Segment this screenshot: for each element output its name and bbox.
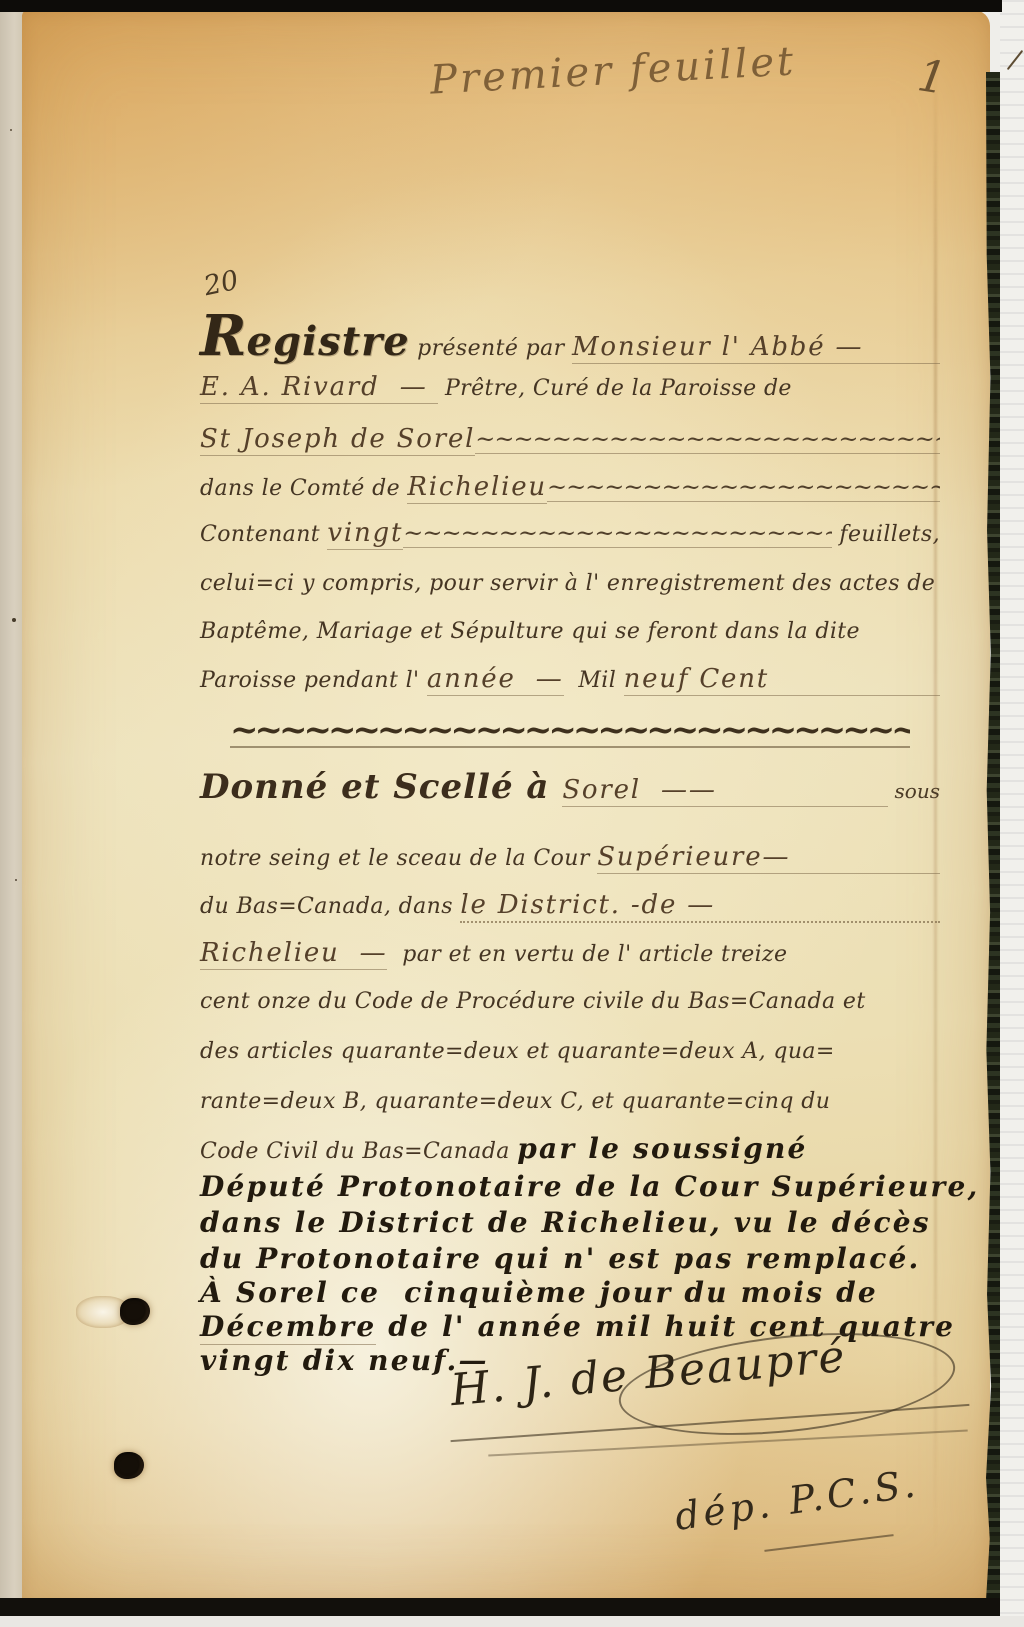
handwritten-text: Député Protonotaire de la Cour Supérieur… [200, 1170, 979, 1204]
printed-text: notre seing et le sceau de la Cour [200, 845, 597, 873]
header-note: Premier feuillet [429, 38, 797, 103]
form-line: Baptême, Mariage et Sépulture qui se fer… [200, 618, 940, 646]
punch-hole [120, 1298, 150, 1325]
handwritten-text: cinquième jour du mois de [380, 1276, 878, 1310]
form-line: Contenant vingt feuillets, [200, 518, 940, 550]
ink-flourish [547, 472, 940, 502]
form-line: Donné et Scellé à Sorel —— sous [200, 770, 940, 807]
scan-border-top [0, 0, 1002, 12]
printed-text: Donné et Scellé à [200, 770, 562, 804]
form-line: celui=ci y compris, pour servir à l' enr… [200, 570, 940, 598]
printed-text: rante=deux B, quarante=deux C, et quaran… [200, 1088, 830, 1116]
handwritten-text: année — [427, 664, 564, 696]
form-line: Paroisse pendant l' année — Mil neuf Cen… [200, 664, 940, 696]
form-line: dans le Comté de Richelieu [200, 472, 940, 504]
printed-text: des articles quarante=deux et quarante=d… [200, 1038, 835, 1066]
register-page: Premier feuillet 1 20 Registre présenté … [22, 10, 990, 1606]
form-line: E. A. Rivard — Prêtre, Curé de la Parois… [200, 372, 940, 404]
form-line: St Joseph de Sorel [200, 424, 940, 456]
handwritten-text: Richelieu — [200, 938, 387, 970]
printed-text: Prêtre, Curé de la Paroisse de [438, 375, 792, 403]
printed-text: présenté par [410, 335, 572, 363]
form-line: Député Protonotaire de la Cour Supérieur… [200, 1170, 940, 1204]
printed-text: du Bas=Canada, dans [200, 893, 460, 921]
handwritten-text: neuf Cent [624, 664, 940, 696]
form-line: rante=deux B, quarante=deux C, et quaran… [200, 1088, 940, 1116]
handwritten-text: dans le District de Richelieu, vu le déc… [200, 1206, 931, 1240]
handwritten-text: Sorel —— [562, 775, 888, 807]
handwritten-text: St Joseph de Sorel [200, 424, 475, 456]
handwritten-text: Supérieure— [597, 842, 940, 874]
printed-text: Code Civil du Bas=Canada [200, 1138, 517, 1166]
handwritten-text: le District. -de — [460, 890, 940, 923]
printed-text: sous [888, 779, 940, 803]
handwritten-text: E. A. Rivard — [200, 372, 438, 404]
printed-text: cent onze du Code de Procédure civile du… [200, 988, 866, 1016]
printed-text: Paroisse pendant l' [200, 667, 427, 695]
form-line: du Protonotaire qui n' est pas remplacé. [200, 1242, 940, 1276]
form-line: dans le District de Richelieu, vu le déc… [200, 1206, 940, 1240]
handwritten-text: Monsieur l' Abbé — [572, 332, 940, 364]
handwritten-text: du Protonotaire qui n' est pas remplacé. [200, 1242, 921, 1276]
printed-text: Baptême, Mariage et Sépulture qui se fer… [200, 618, 860, 646]
form-line: cent onze du Code de Procédure civile du… [200, 988, 940, 1016]
printed-text: Mil [564, 667, 624, 695]
scanner-background [1000, 0, 1024, 1627]
handwritten-text: vingt dix neuf.— [200, 1344, 489, 1378]
form-line: Registre présenté par Monsieur l' Abbé — [200, 308, 940, 364]
form-line: Code Civil du Bas=Canada par le soussign… [200, 1132, 940, 1166]
form-title: Registre [200, 308, 410, 364]
form-line: À Sorel ce cinquième jour du mois de [200, 1276, 940, 1310]
scan-margin-bottom [0, 1616, 1024, 1627]
handwritten-text: À Sorel ce [200, 1276, 380, 1310]
handwritten-text: par le soussigné [517, 1132, 807, 1166]
printed-text: Contenant [200, 521, 327, 549]
printed-text: dans le Comté de [200, 475, 407, 503]
corner-count-note: 20 [201, 265, 241, 302]
printed-text: par et en vertu de l' article treize [387, 941, 787, 969]
handwritten-text: Richelieu [407, 472, 547, 504]
punch-hole [114, 1452, 144, 1479]
form-line: Richelieu — par et en vertu de l' articl… [200, 938, 940, 970]
handwritten-text: Décembre [200, 1310, 376, 1345]
page-number: 1 [914, 50, 950, 105]
scanned-register-page: Premier feuillet 1 20 Registre présenté … [0, 0, 1024, 1627]
signature-title: dép. P.C.S. [672, 1461, 922, 1539]
handwritten-text: vingt [327, 518, 403, 550]
form-line: du Bas=Canada, dans le District. -de — [200, 890, 940, 923]
scan-border-bottom [0, 1598, 1000, 1616]
form-line: notre seing et le sceau de la Cour Supér… [200, 842, 940, 874]
ink-flourish [475, 424, 940, 454]
ink-flourish [403, 518, 832, 548]
form-line: des articles quarante=deux et quarante=d… [200, 1038, 940, 1066]
printed-text: feuillets, [832, 521, 940, 549]
pen-tick-mark [1007, 50, 1023, 70]
printed-text: celui=ci y compris, pour servir à l' enr… [200, 570, 935, 598]
separator-flourish [230, 710, 910, 748]
signature-title-underline [764, 1534, 893, 1552]
